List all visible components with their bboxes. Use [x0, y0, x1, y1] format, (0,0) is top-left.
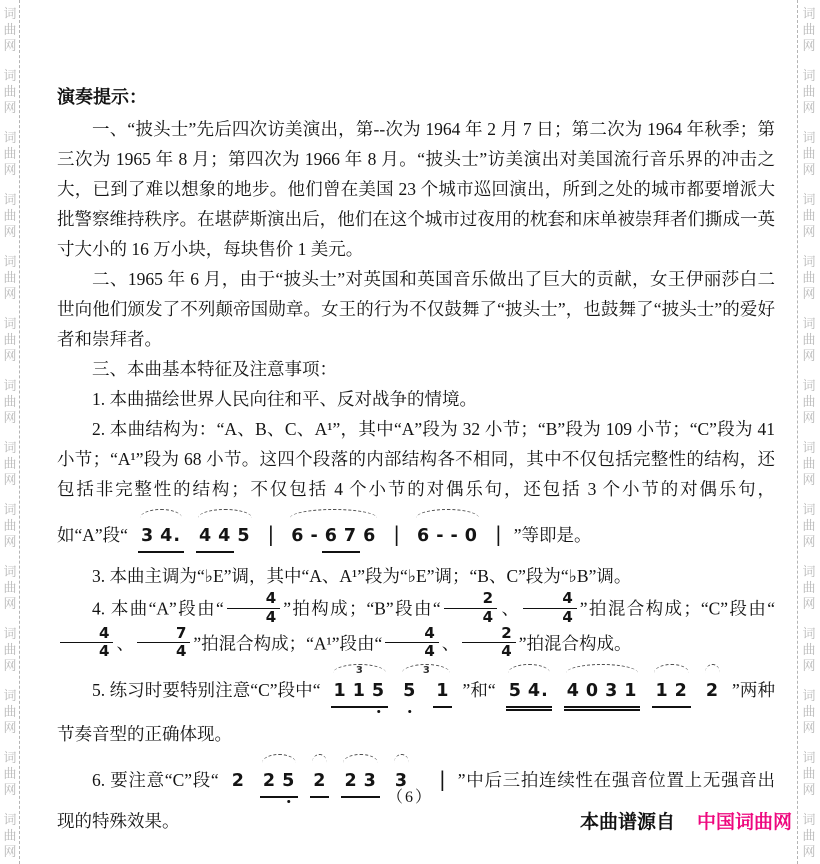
jianpu-note: 1	[652, 676, 671, 708]
time-signature-numerator: 2	[462, 626, 515, 644]
paragraph: 三、本曲基本特征及注意事项：	[57, 354, 775, 384]
jianpu-note: 5	[400, 676, 419, 706]
jianpu-note: 1	[331, 676, 350, 708]
note-group: |	[391, 504, 402, 558]
right-dashed-border	[797, 0, 798, 864]
jianpu-note: 5	[234, 521, 253, 551]
paragraph-text: ”拍混合构成。	[519, 633, 632, 653]
time-signature-numerator: 4	[227, 591, 280, 609]
paragraph-text: 二、1965 年 6 月，由于“披头士”对英国和英国音乐做出了巨大的贡献，女王伊…	[57, 269, 775, 349]
note-group: |	[493, 504, 504, 558]
page-number: （6）	[0, 784, 820, 807]
paragraph-text: 三、本曲基本特征及注意事项：	[92, 359, 337, 379]
jianpu-note: -	[307, 521, 321, 551]
watermark-text: 词曲网	[3, 812, 16, 860]
barline: |	[493, 519, 504, 549]
watermark-text: 词曲网	[802, 68, 815, 116]
time-signature: 44	[523, 591, 576, 626]
barline: |	[266, 519, 277, 549]
source-credit: 本曲谱源自中国词曲网	[580, 807, 792, 834]
watermark-text: 词曲网	[3, 192, 16, 240]
paragraph: 3. 本曲主调为“♭E”调，其中“A、A¹”段为“♭E”调；“B、C”段为“♭B…	[57, 561, 775, 591]
note-group: |	[266, 504, 277, 558]
paragraph-text: 、	[116, 633, 134, 653]
watermark-text: 词曲网	[3, 564, 16, 612]
jianpu-note: -	[448, 521, 462, 551]
time-signature-denominator: 4	[227, 609, 280, 626]
jianpu-note: 0	[583, 676, 602, 711]
paragraph-text: 5. 练习时要特别注意“C”段中“	[92, 680, 321, 700]
watermark-text: 词曲网	[3, 130, 16, 178]
watermark-text: 词曲网	[3, 626, 16, 674]
jianpu-note: 5	[506, 676, 525, 711]
page-title: 演奏提示：	[57, 82, 775, 112]
jianpu-note: 6	[414, 521, 433, 551]
paragraph: 二、1965 年 6 月，由于“披头士”对英国和英国音乐做出了巨大的贡献，女王伊…	[57, 264, 775, 354]
paragraph: 5. 练习时要特别注意“C”段中“3115351”和“54.4031122”两种…	[57, 660, 775, 749]
paragraph-text: 3. 本曲主调为“♭E”调，其中“A、A¹”段为“♭E”调；“B、C”段为“♭B…	[92, 566, 631, 586]
triplet-label: 3	[423, 656, 430, 686]
paragraph: 1. 本曲描绘世界人民向往和平、反对战争的情境。	[57, 384, 775, 414]
paragraph-text: 1. 本曲描绘世界人民向往和平、反对战争的情境。	[92, 389, 477, 409]
jianpu-note: 0	[462, 521, 481, 551]
paragraph-text: ”拍混合构成；“C”段由“	[580, 598, 775, 618]
barline: |	[391, 519, 402, 549]
note-group-slur: 4031	[564, 660, 641, 719]
paragraph-text: ”拍混合构成；“A¹”段由“	[193, 633, 382, 653]
watermark-text: 词曲网	[3, 688, 16, 736]
watermark-text: 词曲网	[802, 812, 815, 860]
jianpu-note: 4.	[157, 521, 184, 553]
source-credit-prefix: 本曲谱源自	[580, 812, 675, 833]
time-signature-numerator: 4	[385, 626, 438, 644]
right-watermark-column: 词曲网词曲网词曲网词曲网词曲网词曲网词曲网词曲网词曲网词曲网词曲网词曲网词曲网词…	[801, 6, 817, 864]
time-signature-numerator: 7	[137, 626, 190, 644]
watermark-text: 词曲网	[802, 192, 815, 240]
jianpu-note: 1	[433, 676, 452, 708]
document-body: 一、“披头士”先后四次访美演出，第--次为 1964 年 2 月 7 日；第二次…	[57, 114, 775, 836]
watermark-text: 词曲网	[3, 254, 16, 302]
note-group-slur: 445	[196, 505, 254, 561]
note-group-slur: 12	[652, 660, 690, 716]
jianpu-note: 6	[288, 521, 307, 551]
watermark-text: 词曲网	[802, 316, 815, 364]
left-watermark-column: 词曲网词曲网词曲网词曲网词曲网词曲网词曲网词曲网词曲网词曲网词曲网词曲网词曲网词…	[2, 6, 18, 864]
watermark-text: 词曲网	[3, 440, 16, 488]
watermark-text: 词曲网	[3, 378, 16, 426]
paragraph: 一、“披头士”先后四次访美演出，第--次为 1964 年 2 月 7 日；第二次…	[57, 114, 775, 264]
jianpu-note: 4.	[525, 676, 552, 711]
note-group-slur: 34.	[138, 505, 184, 561]
paragraph-text: ”拍构成；“B”段由“	[283, 598, 440, 618]
jianpu-note: 6	[322, 521, 341, 553]
paragraph-text: 4. 本曲“A”段由“	[92, 598, 224, 618]
time-signature-numerator: 4	[523, 591, 576, 609]
jianpu-note: 4	[215, 521, 234, 553]
time-signature-numerator: 4	[60, 626, 113, 644]
paragraph-text: 一、“披头士”先后四次访美演出，第--次为 1964 年 2 月 7 日；第二次…	[57, 119, 775, 259]
jianpu-notation-fig_a: 34.445|6-676|6--0|	[132, 504, 510, 561]
note-group-slur: 6-676	[288, 505, 379, 561]
jianpu-note: 2	[703, 676, 722, 706]
paragraph: 2. 本曲结构为：“A、B、C、A¹”，其中“A”段为 32 小节；“B”段为 …	[57, 414, 775, 561]
jianpu-note: 6	[360, 521, 379, 551]
time-signature: 24	[462, 626, 515, 661]
watermark-text: 词曲网	[802, 502, 815, 550]
watermark-text: 词曲网	[802, 564, 815, 612]
watermark-text: 词曲网	[3, 68, 16, 116]
jianpu-note: 3	[602, 676, 621, 711]
paragraph-text: 、	[500, 598, 520, 618]
jianpu-note: 4	[564, 676, 583, 711]
time-signature-denominator: 4	[385, 643, 438, 660]
watermark-text: 词曲网	[802, 6, 815, 54]
paragraph: 4. 本曲“A”段由“44”拍构成；“B”段由“24、44”拍混合构成；“C”段…	[57, 591, 775, 660]
time-signature: 44	[60, 626, 113, 661]
jianpu-note: 2	[672, 676, 691, 708]
jianpu-notation-fig_c2: 54.4031122	[500, 660, 728, 719]
time-signature: 44	[385, 626, 438, 661]
time-signature-denominator: 4	[137, 643, 190, 660]
watermark-text: 词曲网	[802, 254, 815, 302]
jianpu-note: -	[433, 521, 447, 551]
note-group-slur: 3115	[331, 660, 389, 716]
watermark-text: 词曲网	[802, 378, 815, 426]
watermark-text: 词曲网	[3, 502, 16, 550]
time-signature-denominator: 4	[60, 643, 113, 660]
time-signature-numerator: 2	[444, 591, 497, 609]
jianpu-notation-fig_c1: 3115351	[325, 660, 459, 716]
watermark-text: 词曲网	[802, 626, 815, 674]
note-group-slur: 54.	[506, 660, 552, 719]
paragraph-text: ”等即是。	[514, 525, 592, 545]
paragraph-text: 、	[442, 633, 460, 653]
note-group-slur: 6--0	[414, 505, 481, 559]
time-signature: 74	[137, 626, 190, 661]
watermark-text: 词曲网	[802, 130, 815, 178]
time-signature: 24	[444, 591, 497, 626]
jianpu-note: 5	[369, 676, 388, 708]
jianpu-note: 1	[621, 676, 640, 711]
time-signature: 44	[227, 591, 280, 626]
jianpu-note: 7	[341, 521, 360, 553]
note-group-slur: 351	[400, 660, 452, 716]
jianpu-note: 4	[196, 521, 215, 553]
jianpu-note: 3	[138, 521, 157, 553]
note-group-slur: 2	[703, 660, 722, 714]
time-signature-denominator: 4	[523, 609, 576, 626]
time-signature-denominator: 4	[462, 643, 515, 660]
jianpu-note: 1	[350, 676, 369, 708]
watermark-text: 词曲网	[802, 440, 815, 488]
watermark-text: 词曲网	[3, 316, 16, 364]
watermark-text: 词曲网	[802, 688, 815, 736]
paragraph-text: ”和“	[462, 680, 495, 700]
document-page: 演奏提示： 一、“披头士”先后四次访美演出，第--次为 1964 年 2 月 7…	[57, 82, 775, 836]
left-dashed-border	[19, 0, 20, 864]
source-credit-brand: 中国词曲网	[697, 812, 792, 833]
time-signature-denominator: 4	[444, 609, 497, 626]
watermark-text: 词曲网	[3, 6, 16, 54]
